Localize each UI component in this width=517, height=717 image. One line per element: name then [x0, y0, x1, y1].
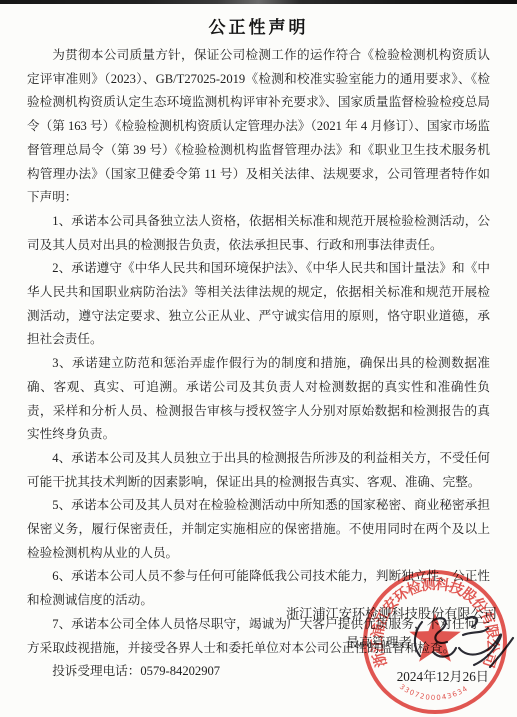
seal-registration-code: 3307200043634	[398, 683, 470, 702]
company-seal-stamp: 浙江浦江安环检测科技股份有限公司 3307200043634	[357, 569, 513, 717]
commitment-paragraph-2: 2、承诺遵守《中华人民共和国环境保护法》、《中华人民共和国计量法》和《中华人民共…	[27, 257, 490, 352]
svg-text:3307200043634: 3307200043634	[398, 683, 470, 702]
scan-edge-artifact	[0, 0, 517, 4]
intro-paragraph: 为贯彻本公司质量方针，保证公司检测工作的运作符合《检验检测机构资质认定评审准则》…	[27, 44, 490, 210]
impartiality-statement-page: 公正性声明 为贯彻本公司质量方针，保证公司检测工作的运作符合《检验检测机构资质认…	[0, 0, 517, 717]
commitment-paragraph-5: 5、承诺本公司及其人员对在检验检测活动中所知悉的国家秘密、商业秘密承担保密义务，…	[27, 494, 490, 565]
page-title: 公正性声明	[0, 13, 517, 38]
commitment-paragraph-1: 1、承诺本公司具备独立法人资格，依据相关标准和规范开展检验检测活动，公司及其人员…	[27, 210, 490, 257]
commitment-paragraph-4: 4、承诺本公司及其人员独立于出具的检测报告所涉及的利益相关方，不受任何可能干扰其…	[27, 447, 490, 494]
seal-star-icon	[409, 613, 460, 662]
commitment-paragraph-3: 3、承诺建立防范和惩治弄虚作假行为的制度和措施，确保出具的检测数据准确、客观、真…	[27, 352, 490, 447]
